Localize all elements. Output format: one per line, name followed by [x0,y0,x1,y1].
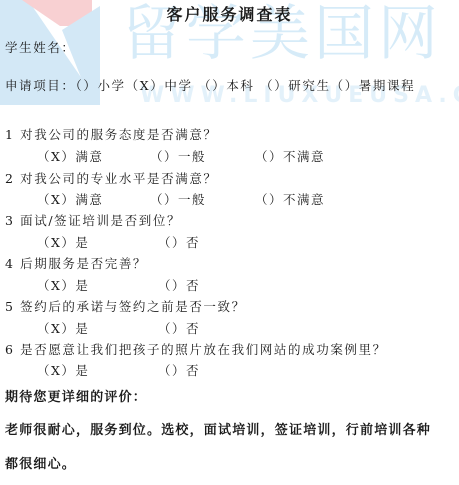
q3-option-no[interactable]: （）否 [158,233,200,251]
page-title: 客户服务调查表 [0,2,459,25]
q4-option-yes[interactable]: （X）是 [37,276,89,294]
q1-option-average[interactable]: （）一般 [150,147,206,165]
q5-option-yes[interactable]: （X）是 [37,319,89,337]
q6-option-no[interactable]: （）否 [158,361,200,379]
q1-option-satisfied[interactable]: （X）满意 [37,147,103,165]
question-4: 4 后期服务是否完善？ [5,254,147,272]
question-3: 3 面试/签证培训是否到位？ [5,211,181,229]
q2-option-unsatisfied[interactable]: （）不满意 [255,190,325,208]
q1-option-unsatisfied[interactable]: （）不满意 [255,147,325,165]
comment-line-1: 老师很耐心，服务到位。选校，面试培训，签证培训，行前培训各种 [5,419,431,438]
q2-option-satisfied[interactable]: （X）满意 [37,190,103,208]
comment-line-2: 都很细心。 [5,453,76,472]
q4-option-no[interactable]: （）否 [158,276,200,294]
q5-option-no[interactable]: （）否 [158,319,200,337]
q2-option-average[interactable]: （）一般 [150,190,206,208]
application-items-line: 申请项目：（）小学（X）中学 （）本科 （）研究生（）暑期课程 [5,76,415,94]
q3-option-yes[interactable]: （X）是 [37,233,89,251]
comment-label: 期待您更详细的评价： [5,386,147,405]
survey-document: 客户服务调查表 学生姓名： 申请项目：（）小学（X）中学 （）本科 （）研究生（… [0,0,459,485]
question-2: 2 对我公司的专业水平是否满意？ [5,169,218,187]
student-name-label: 学生姓名： [5,38,76,56]
question-5: 5 签约后的承诺与签约之前是否一致？ [5,297,246,315]
question-6: 6 是否愿意让我们把孩子的照片放在我们网站的成功案例里？ [5,340,387,358]
question-1: 1 对我公司的服务态度是否满意？ [5,125,218,143]
q6-option-yes[interactable]: （X）是 [37,361,89,379]
